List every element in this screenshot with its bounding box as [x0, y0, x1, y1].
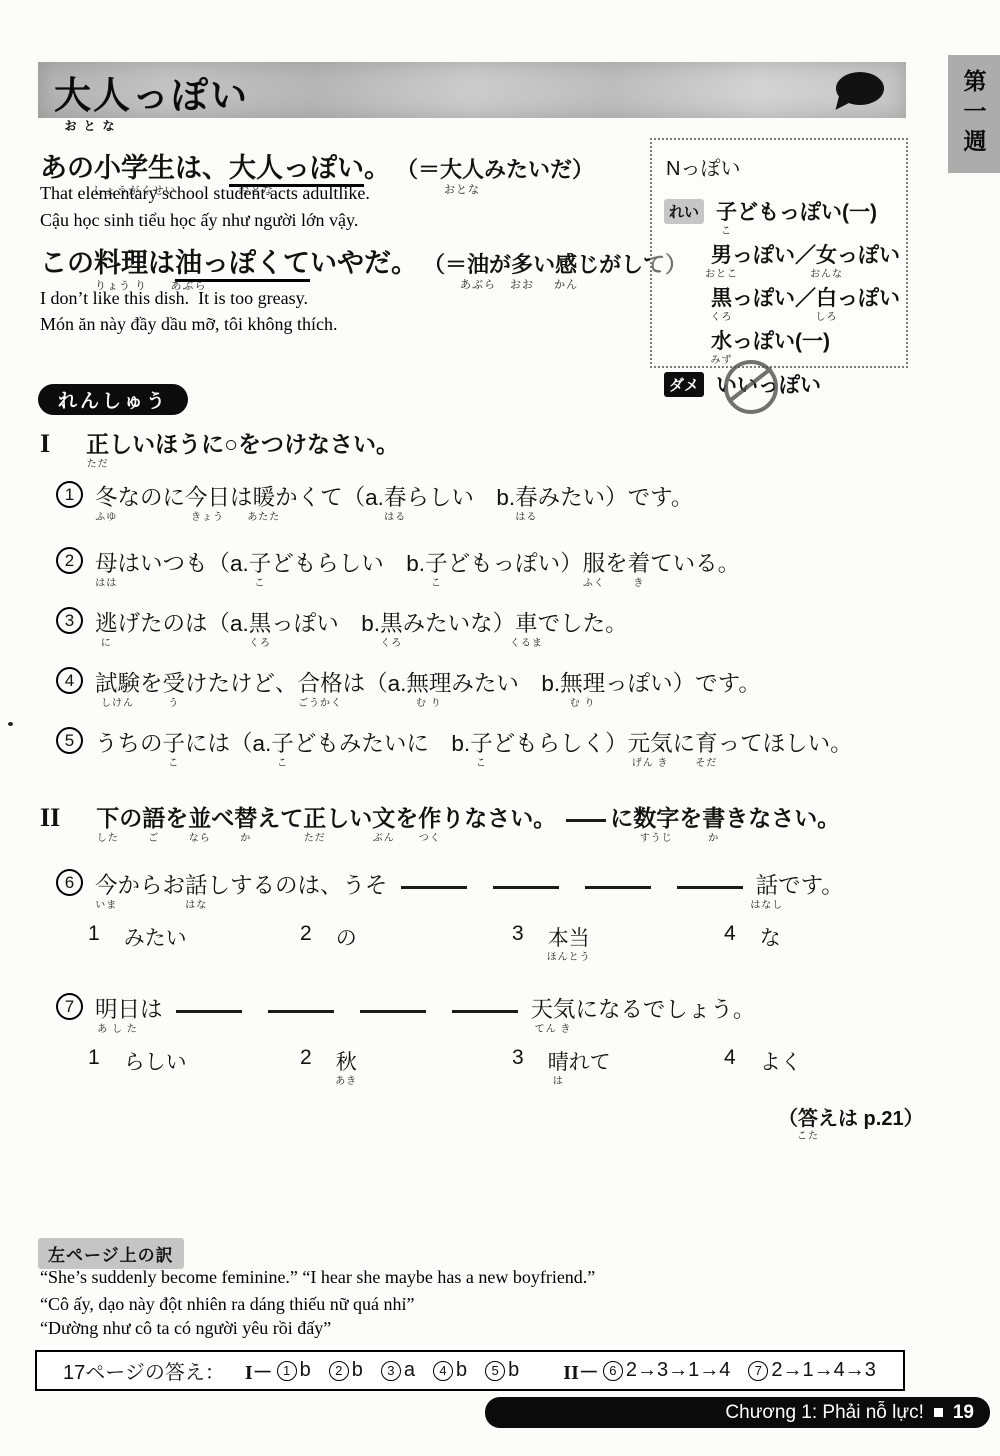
previous-page-answers-bar: 17ページの答え： I－ 1b 2b 3a 4b 5b II－ 62→3→1→4…	[35, 1350, 905, 1391]
answer-q7: 72→1→4→3	[748, 1359, 876, 1382]
speech-bubble-icon	[836, 72, 884, 112]
answer-q5: 5b	[485, 1359, 519, 1382]
answers-section-1-label: I－	[245, 1356, 273, 1385]
question-7-option-3: 3晴はれて	[512, 1046, 724, 1076]
week-tab-label: 第一週	[958, 69, 991, 159]
grammar-pattern-box: Nっぽい れい 子こどもっぽい(一) 男おとこっぽい／女おんなっぽい 黒くろっぽ…	[650, 138, 908, 368]
section-1-instruction: 正ただしいほうに○をつけなさい。	[86, 426, 399, 459]
question-4-number: 4	[56, 667, 83, 694]
question-7-option-1: 1らしい	[88, 1046, 300, 1076]
translation-vietnamese-1: “Cô ấy, dạo này đột nhiên ra dáng thiếu …	[40, 1294, 414, 1315]
example-1-vietnamese: Cậu học sinh tiểu học ấy như người lớn v…	[40, 210, 358, 231]
chapter-footer-bar: Chương 1: Phải nỗ lực! 19	[485, 1397, 990, 1428]
grammar-example-1: 子こどもっぽい(一)	[716, 196, 877, 239]
answer-q6: 62→3→1→4	[603, 1359, 731, 1382]
question-5: 5 うちの子こには（a.子こどもみたいに b.子こどもらしく）元気げん きに育そ…	[56, 726, 853, 758]
week-side-tab: 第一週	[948, 55, 1000, 173]
question-6-number: 6	[56, 869, 83, 896]
example-1-english: That elementary school student acts adul…	[40, 183, 370, 204]
question-6: 6 今いまからお話はなしするのは、うそ話はなしです。	[56, 868, 844, 900]
question-5-text: うちの子こには（a.子こどもみたいに b.子こどもらしく）元気げん きに育そだっ…	[95, 726, 853, 758]
question-7-text: 明日あ し たは天気てん きになるでしょう。	[95, 992, 755, 1024]
grammar-example-3: 黒くろっぽい／白しろっぽい	[711, 282, 894, 325]
question-1-number: 1	[56, 481, 83, 508]
question-6-option-3: 3本当ほんとう	[512, 922, 724, 952]
answers-prefix: 17ページの答え：	[63, 1356, 225, 1385]
rei-example-badge: れい	[664, 199, 704, 224]
question-2-number: 2	[56, 547, 83, 574]
answer-q2: 2b	[329, 1359, 363, 1382]
question-4: 4 試験しけんを受うけたけど、合格ごうかくは（a.無理む りみたい b.無理む …	[56, 666, 761, 698]
grammar-pattern: Nっぽい	[666, 152, 894, 181]
example-2-vietnamese: Món ăn này đầy dầu mỡ, tôi không thích.	[40, 314, 337, 335]
section-2-numeral: II	[40, 803, 60, 833]
answer-page-reference: （答こたえは p.21）	[778, 1102, 924, 1131]
question-7-number: 7	[56, 993, 83, 1020]
question-1: 1 冬ふゆなのに今日きょうは暖あたたかくて（a.春はるらしい b.春はるみたい）…	[56, 480, 693, 512]
page-title: 大人おとなっぽい	[54, 65, 906, 119]
question-6-options: 1みたい 2の 3本当ほんとう 4な	[88, 922, 781, 952]
question-6-option-1: 1みたい	[88, 922, 300, 952]
example-sentence-2: この料理りょう りは油あぶらっぽくていやだ。（＝油あぶらが多おおい感かんじがして…	[40, 241, 687, 280]
translation-english: “She’s suddenly become feminine.” “I hea…	[40, 1267, 595, 1288]
answer-q3: 3a	[381, 1359, 415, 1382]
example-sentence-1: あの小学生しょうがくせいは、大人おとなっぽい。（＝大人おとなみたいだ）	[40, 146, 594, 185]
answer-q4: 4b	[433, 1359, 467, 1382]
question-6-option-2: 2の	[300, 922, 512, 952]
answer-q1: 1b	[277, 1359, 311, 1382]
question-6-text: 今いまからお話はなしするのは、うそ話はなしです。	[95, 868, 844, 900]
question-2-text: 母はははいつも（a.子こどもらしい b.子こどもっぽい）服ふくを着きている。	[95, 546, 740, 578]
dame-badge: ダメ	[664, 372, 704, 397]
scan-artifact-dot	[8, 722, 13, 726]
section-1-heading: I 正ただしいほうに○をつけなさい。	[40, 426, 399, 459]
question-7-option-4: 4よく	[724, 1046, 802, 1076]
question-1-text: 冬ふゆなのに今日きょうは暖あたたかくて（a.春はるらしい b.春はるみたい）です…	[95, 480, 693, 512]
grammar-example-row: れい 子こどもっぽい(一)	[664, 196, 894, 239]
example-2-japanese: この料理りょう りは油あぶらっぽくていやだ。	[40, 248, 418, 278]
example-1-paraphrase: （＝大人おとなみたいだ）	[396, 157, 594, 182]
section-2-instruction: 下したの語ごを並ならべ替かえて正ただしい文ぶんを作つくりなさい。に数字すうじを書…	[96, 800, 840, 833]
practice-section-header: れんしゅう	[38, 384, 188, 415]
example-1-japanese: あの小学生しょうがくせいは、大人おとなっぽい。	[40, 153, 391, 183]
question-4-text: 試験しけんを受うけたけど、合格ごうかくは（a.無理む りみたい b.無理む りっ…	[95, 666, 761, 698]
section-2-heading: II 下したの語ごを並ならべ替かえて正ただしい文ぶんを作つくりなさい。に数字すう…	[40, 800, 840, 833]
wrong-usage-row: ダメ いいっぽい	[664, 369, 894, 399]
grammar-example-4: 水みずっぽい(一)	[711, 325, 894, 368]
question-6-option-4: 4な	[724, 922, 781, 952]
answers-section-2-label: II－	[563, 1356, 599, 1385]
header-banner: 大人おとなっぽい	[38, 62, 906, 118]
prohibition-circle-icon	[724, 360, 778, 414]
question-5-number: 5	[56, 727, 83, 754]
page-number-square-icon	[934, 1408, 943, 1417]
question-3-number: 3	[56, 607, 83, 634]
chapter-title: Chương 1: Phải nỗ lực!	[725, 1402, 923, 1424]
question-3-text: 逃にげたのは（a.黒くろっぽい b.黒くろみたいな）車くるまでした。	[95, 606, 628, 638]
question-2: 2 母はははいつも（a.子こどもらしい b.子こどもっぽい）服ふくを着きている。	[56, 546, 740, 578]
example-2-paraphrase: （＝油あぶらが多おおい感かんじがして）	[423, 252, 687, 277]
question-3: 3 逃にげたのは（a.黒くろっぽい b.黒くろみたいな）車くるまでした。	[56, 606, 628, 638]
question-7: 7 明日あ し たは天気てん きになるでしょう。	[56, 992, 755, 1024]
translation-vietnamese-2: “Dường như cô ta có người yêu rồi đấy”	[40, 1318, 331, 1339]
grammar-example-2: 男おとこっぽい／女おんなっぽい	[711, 239, 894, 282]
example-2-english: I don’t like this dish. It is too greasy…	[40, 288, 308, 309]
question-7-option-2: 2秋あき	[300, 1046, 512, 1076]
page-number: 19	[953, 1402, 974, 1424]
translation-note-label: 左ページ上の訳	[38, 1238, 184, 1269]
section-1-numeral: I	[40, 429, 50, 459]
question-7-options: 1らしい 2秋あき 3晴はれて 4よく	[88, 1046, 802, 1076]
